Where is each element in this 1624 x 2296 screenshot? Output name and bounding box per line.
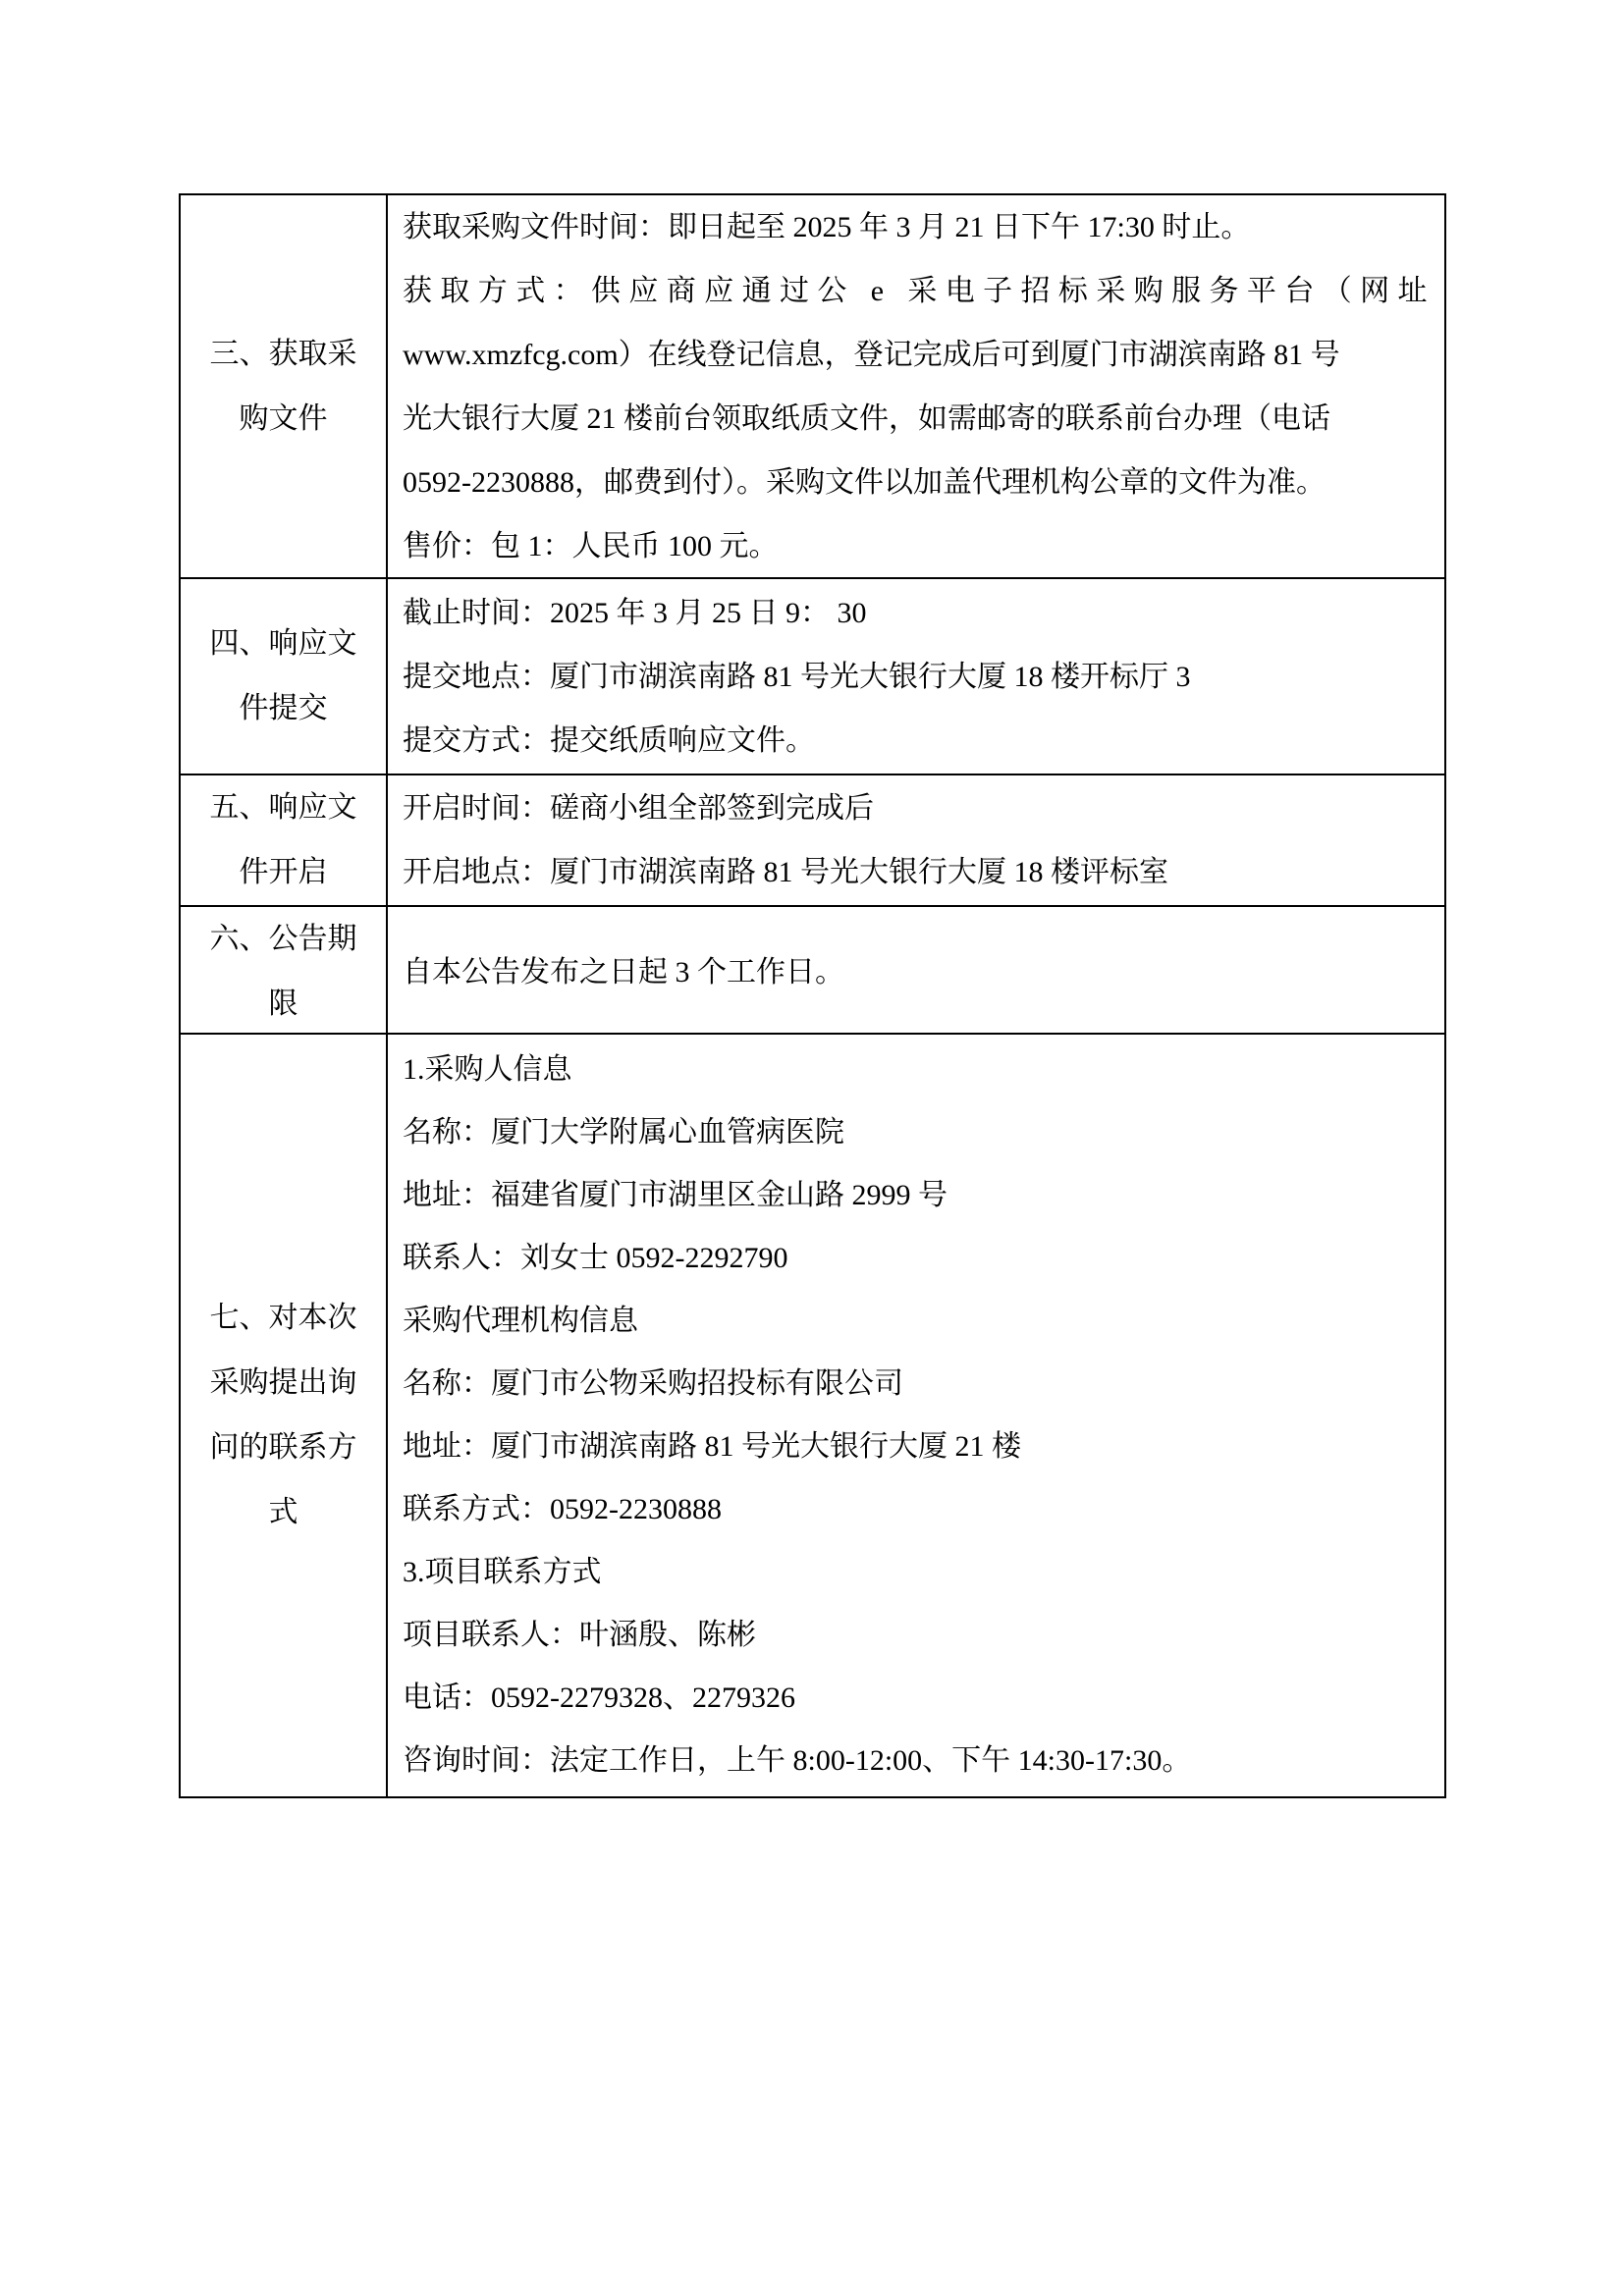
row-header-line: 采购提出询 xyxy=(210,1351,357,1415)
table-row-response-submission: 四、响应文 件提交 截止时间：2025 年 3 月 25 日 9： 30 提交地… xyxy=(181,579,1444,775)
row-header-line: 五、响应文 xyxy=(210,775,357,840)
procurement-notice-table: 三、获取采 购文件 获取采购文件时间：即日起至 2025 年 3 月 21 日下… xyxy=(179,193,1446,1798)
row-header-cell-inquiry-contact: 七、对本次 采购提出询 问的联系方 式 xyxy=(181,1035,388,1796)
table-row-announcement-period: 六、公告期 限 自本公告发布之日起 3 个工作日。 xyxy=(181,907,1444,1035)
row-content-line: 截止时间：2025 年 3 月 25 日 9： 30 xyxy=(403,581,1436,645)
row-content-line: 提交地点：厦门市湖滨南路 81 号光大银行大厦 18 楼开标厅 3 xyxy=(403,645,1436,709)
row-content-line: 采购代理机构信息 xyxy=(403,1290,1436,1353)
row-content-line: 项目联系人：叶涵殷、陈彬 xyxy=(403,1604,1436,1667)
row-content-line: 获取采购文件时间：即日起至 2025 年 3 月 21 日下午 17:30 时止… xyxy=(403,195,1436,259)
row-header-cell-announcement-period: 六、公告期 限 xyxy=(181,907,388,1037)
row-content-line: 名称：厦门大学附属心血管病医院 xyxy=(403,1101,1436,1164)
row-content-line: 1.采购人信息 xyxy=(403,1039,1436,1101)
row-header-line: 式 xyxy=(269,1480,298,1545)
row-content-line: 地址：福建省厦门市湖里区金山路 2999 号 xyxy=(403,1164,1436,1227)
table-row-obtain-documents: 三、获取采 购文件 获取采购文件时间：即日起至 2025 年 3 月 21 日下… xyxy=(181,195,1444,579)
row-header-cell-response-opening: 五、响应文 件开启 xyxy=(181,775,388,905)
row-header-line: 七、对本次 xyxy=(210,1286,357,1351)
row-content-line: 光大银行大厦 21 楼前台领取纸质文件，如需邮寄的联系前台办理（电话 xyxy=(403,387,1436,451)
row-content-cell-response-submission: 截止时间：2025 年 3 月 25 日 9： 30 提交地点：厦门市湖滨南路 … xyxy=(388,579,1444,774)
row-content-line: 提交方式：提交纸质响应文件。 xyxy=(403,709,1436,773)
row-content-line: 3.项目联系方式 xyxy=(403,1541,1436,1604)
row-content-cell-inquiry-contact: 1.采购人信息 名称：厦门大学附属心血管病医院 地址：福建省厦门市湖里区金山路 … xyxy=(388,1035,1444,1796)
row-content-line: 咨询时间：法定工作日，上午 8:00-12:00、下午 14:30-17:30。 xyxy=(403,1730,1436,1792)
row-content-line: 0592-2230888，邮费到付）。采购文件以加盖代理机构公章的文件为准。 xyxy=(403,451,1436,514)
row-content-line: 自本公告发布之日起 3 个工作日。 xyxy=(403,940,1436,1004)
row-content-line: 售价：包 1：人民币 100 元。 xyxy=(403,514,1436,578)
table-row-inquiry-contact: 七、对本次 采购提出询 问的联系方 式 1.采购人信息 名称：厦门大学附属心血管… xyxy=(181,1035,1444,1796)
row-header-line: 限 xyxy=(269,972,298,1037)
row-content-line: 电话：0592-2279328、2279326 xyxy=(403,1667,1436,1730)
row-content-line: 获取方式：供应商应通过公 e 采电子招标采购服务平台（网址 xyxy=(403,259,1436,323)
row-header-line: 三、获取采 xyxy=(210,322,357,387)
row-content-line: www.xmzfcg.com）在线登记信息，登记完成后可到厦门市湖滨南路 81 … xyxy=(403,323,1436,387)
row-header-line: 四、响应文 xyxy=(210,612,357,676)
row-content-line: 联系方式：0592-2230888 xyxy=(403,1478,1436,1541)
row-content-line: 名称：厦门市公物采购招投标有限公司 xyxy=(403,1353,1436,1415)
row-content-line: 地址：厦门市湖滨南路 81 号光大银行大厦 21 楼 xyxy=(403,1415,1436,1478)
row-content-line: 开启地点：厦门市湖滨南路 81 号光大银行大厦 18 楼评标室 xyxy=(403,840,1436,904)
row-header-line: 问的联系方 xyxy=(210,1415,357,1480)
row-header-line: 购文件 xyxy=(240,387,328,452)
row-header-line: 件提交 xyxy=(240,676,328,741)
row-content-cell-obtain-documents: 获取采购文件时间：即日起至 2025 年 3 月 21 日下午 17:30 时止… xyxy=(388,195,1444,578)
row-content-line: 联系人：刘女士 0592-2292790 xyxy=(403,1227,1436,1290)
table-row-response-opening: 五、响应文 件开启 开启时间：磋商小组全部签到完成后 开启地点：厦门市湖滨南路 … xyxy=(181,775,1444,907)
row-header-cell-response-submission: 四、响应文 件提交 xyxy=(181,579,388,774)
row-header-line: 六、公告期 xyxy=(210,907,357,972)
document-page: 三、获取采 购文件 获取采购文件时间：即日起至 2025 年 3 月 21 日下… xyxy=(0,0,1624,2296)
row-header-line: 件开启 xyxy=(240,840,328,905)
row-content-cell-announcement-period: 自本公告发布之日起 3 个工作日。 xyxy=(388,907,1444,1037)
row-content-line: 开启时间：磋商小组全部签到完成后 xyxy=(403,776,1436,840)
row-content-cell-response-opening: 开启时间：磋商小组全部签到完成后 开启地点：厦门市湖滨南路 81 号光大银行大厦… xyxy=(388,775,1444,905)
row-header-cell-obtain-documents: 三、获取采 购文件 xyxy=(181,195,388,578)
